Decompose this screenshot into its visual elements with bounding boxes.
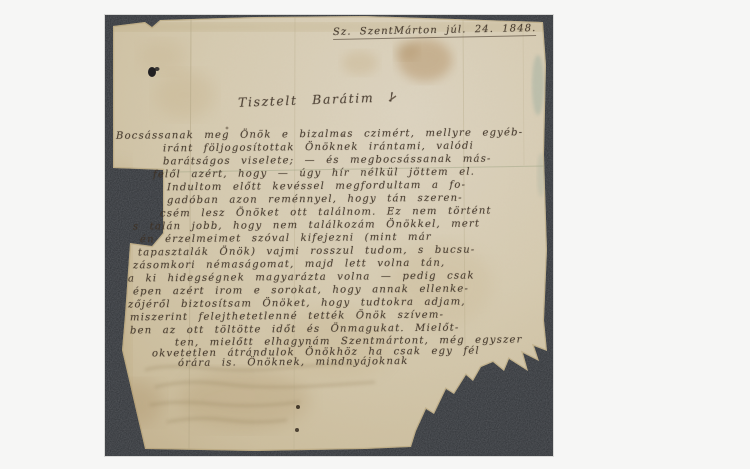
letter-text: Sz. SzentMárton júl. 24. 1848. Tisztelt … xyxy=(105,15,553,456)
letter-line: órára is. Önöknek, mindnyájoknak xyxy=(178,356,409,369)
letter-line: felől azért, hogy — úgy hír nélkül jötte… xyxy=(153,167,475,181)
letter-line: zásomkori némaságomat, majd lett volna t… xyxy=(133,258,445,272)
letter-line: a ki hidegségnek magyarázta volna — pedi… xyxy=(128,270,475,284)
page: Sz. SzentMárton júl. 24. 1848. Tisztelt … xyxy=(0,0,750,469)
letter-line: Indultom előtt kevéssel megfordultam a f… xyxy=(167,180,466,194)
letter-line: iránt följogosítottak Önöknek irántami, … xyxy=(163,141,474,155)
letter-line: ben az ott töltötte időt és Önmagukat. M… xyxy=(130,323,460,337)
letter-line: épen azért irom e sorokat, hogy annak el… xyxy=(133,284,469,298)
letter-line: barátságos viselete; — és megbocsássanak… xyxy=(163,154,492,168)
letter-dateline: Sz. SzentMárton júl. 24. 1848. xyxy=(333,23,537,40)
letter-line: tapasztalák Önök) vajmi rosszul tudom, s… xyxy=(138,245,476,259)
letter-line: én érzelmeimet szóval kifejezni (mint má… xyxy=(140,232,432,246)
letter-line: Bocsássanak meg Önök e bizalmas czimért,… xyxy=(116,127,523,142)
letter-line: miszerint felejthetetlenné tették Önök s… xyxy=(130,310,444,324)
letter-salutation: Tisztelt Barátim ! xyxy=(238,89,396,109)
manuscript-scan: Sz. SzentMárton júl. 24. 1848. Tisztelt … xyxy=(105,15,553,456)
letter-line: gadóban azon reménnyel, hogy tán szeren- xyxy=(167,193,463,207)
letter-line: zőjéről biztosítsam Önöket, hogy tudtokr… xyxy=(128,297,466,311)
letter-line: csém lesz Önöket ott találnom. Ez nem tö… xyxy=(160,206,492,220)
letter-line: s talán jobb, hogy nem találkozám Önökke… xyxy=(133,218,480,232)
